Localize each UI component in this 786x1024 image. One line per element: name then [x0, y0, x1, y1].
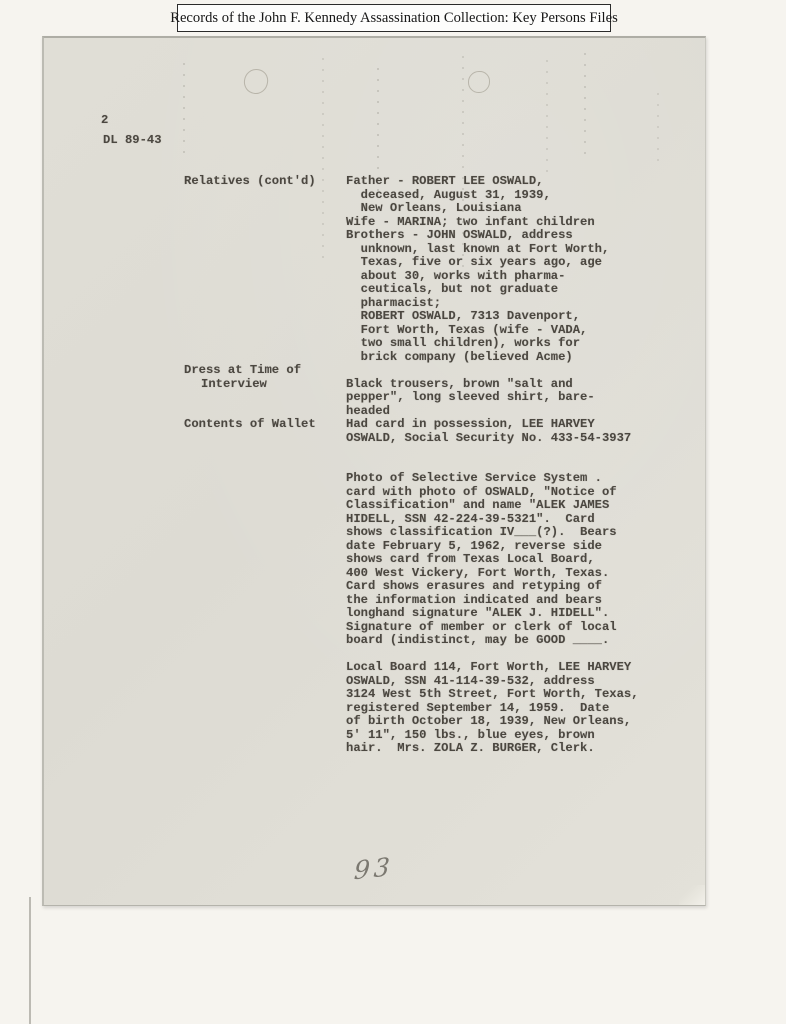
fold-crease-mark	[322, 58, 324, 258]
section-label-dress-line2: Interview	[201, 378, 267, 392]
scan-edge-mark	[29, 897, 31, 1024]
fold-crease-mark	[584, 53, 586, 163]
document-page: 2 DL 89-43 Relatives (cont'd) Dress at T…	[42, 36, 706, 906]
fold-crease-mark	[546, 60, 548, 180]
handwritten-page-number: 93	[353, 852, 395, 886]
section-label-wallet: Contents of Wallet	[184, 418, 316, 432]
punch-hole-mark	[468, 71, 490, 93]
punch-hole-mark	[242, 67, 269, 95]
page-corner-curl	[679, 885, 705, 905]
collection-header-banner: Records of the John F. Kennedy Assassina…	[177, 4, 611, 32]
page-number: 2	[101, 114, 108, 128]
typed-body-text: Father - ROBERT LEE OSWALD, deceased, Au…	[346, 175, 639, 756]
case-number: DL 89-43	[103, 134, 162, 148]
scanned-document-view: Records of the John F. Kennedy Assassina…	[0, 0, 786, 1024]
collection-title: Records of the John F. Kennedy Assassina…	[170, 10, 618, 27]
fold-crease-mark	[183, 63, 185, 153]
section-label-dress-line1: Dress at Time of	[184, 364, 301, 378]
section-label-relatives: Relatives (cont'd)	[184, 175, 316, 189]
fold-crease-mark	[657, 93, 659, 168]
